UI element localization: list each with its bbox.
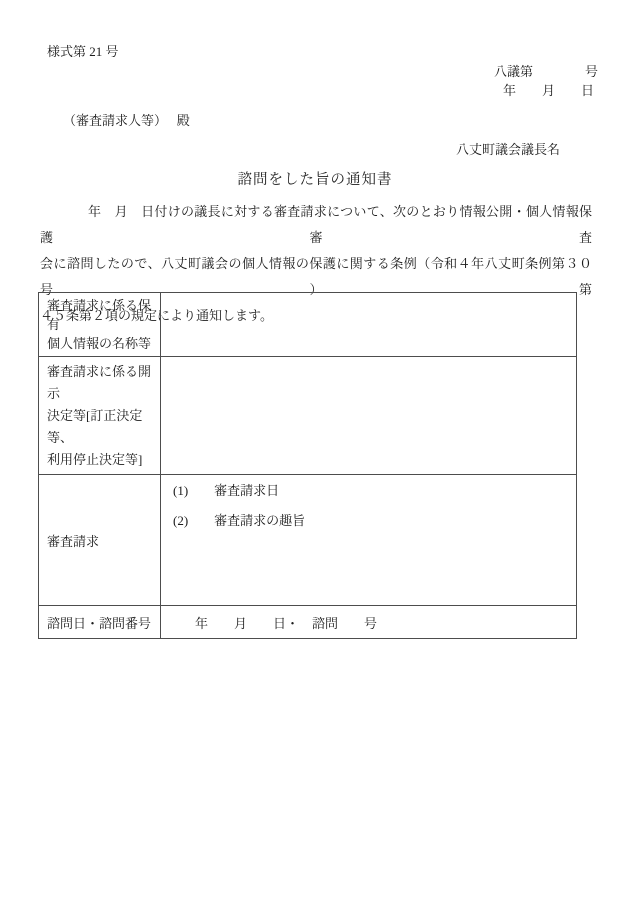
table-row-referral: 諮問日・諮問番号 年 月 日・ 諮問 号: [39, 606, 577, 639]
review-request-item-2: (2) 審査請求の趣旨: [173, 508, 568, 534]
row-label-line: 利用停止決定等]: [47, 449, 152, 471]
document-page: 様式第 21 号 八議第 号 年 月 日 （審査請求人等） 殿 八丈町議会議長名…: [0, 0, 630, 903]
table-row-review-request: 審査請求 (1) 審査請求日 (2) 審査請求の趣旨: [39, 475, 577, 606]
document-number-line: 八議第 号: [494, 61, 598, 80]
row-label-disclosure-decision: 審査請求に係る開示 決定等[訂正決定等、 利用停止決定等]: [39, 357, 161, 475]
addressee-line: （審査請求人等） 殿: [63, 110, 190, 129]
row-value-disclosure-decision: [161, 357, 577, 475]
row-value-held-info: [161, 293, 577, 357]
row-label-held-info: 審査請求に係る保有 個人情報の名称等: [39, 293, 161, 357]
body-line-1: 年 月 日付けの議長に対する審査請求について、次のとおり情報公開・個人情報保護審…: [40, 199, 592, 251]
row-label-line: 個人情報の名称等: [47, 334, 152, 353]
referral-value-text: 年 月 日・ 諮問 号: [195, 613, 568, 632]
notice-table: 審査請求に係る保有 個人情報の名称等 審査請求に係る開示 決定等[訂正決定等、 …: [38, 292, 577, 639]
row-label-line: 審査請求に係る保有: [47, 296, 152, 334]
table-row-held-info: 審査請求に係る保有 個人情報の名称等: [39, 293, 577, 357]
review-request-item-1: (1) 審査請求日: [173, 478, 568, 504]
row-label-review-request: 審査請求: [39, 475, 161, 606]
row-label-referral: 諮問日・諮問番号: [39, 606, 161, 639]
row-label-line: 諮問日・諮問番号: [47, 613, 152, 632]
sender-name: 八丈町議会議長名: [456, 139, 560, 158]
document-title: 諮問をした旨の通知書: [0, 168, 630, 189]
row-label-line: 審査請求: [47, 531, 152, 550]
row-value-review-request: (1) 審査請求日 (2) 審査請求の趣旨: [161, 475, 577, 606]
row-label-line: 審査請求に係る開示: [47, 361, 152, 405]
row-value-referral: 年 月 日・ 諮問 号: [161, 606, 577, 639]
document-date-line: 年 月 日: [503, 80, 594, 99]
row-label-line: 決定等[訂正決定等、: [47, 405, 152, 449]
table-row-disclosure-decision: 審査請求に係る開示 決定等[訂正決定等、 利用停止決定等]: [39, 357, 577, 475]
form-number: 様式第 21 号: [47, 41, 119, 60]
